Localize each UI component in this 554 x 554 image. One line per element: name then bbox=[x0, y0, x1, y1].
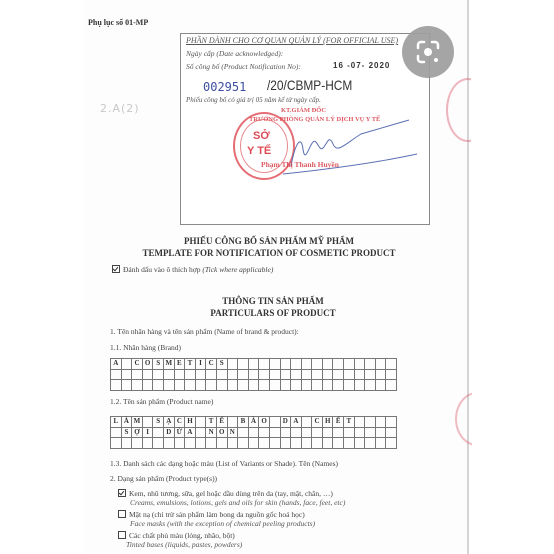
grid-cell bbox=[185, 370, 196, 381]
grid-cell bbox=[185, 380, 196, 391]
grid-cell: À bbox=[249, 417, 260, 428]
grid-cell bbox=[291, 359, 302, 370]
grid-cell bbox=[302, 428, 313, 439]
grid-cell bbox=[355, 370, 366, 381]
grid-cell bbox=[281, 428, 292, 439]
grid-cell bbox=[355, 428, 366, 439]
notification-suffix: /20/CBMP-HCM bbox=[267, 77, 352, 93]
grid-cell bbox=[333, 438, 344, 449]
grid-cell bbox=[249, 370, 260, 381]
grid-cell bbox=[238, 380, 249, 391]
grid-cell: C bbox=[175, 417, 186, 428]
grid-cell: D bbox=[164, 428, 175, 439]
grid-cell bbox=[312, 438, 323, 449]
grid-cell bbox=[386, 417, 397, 428]
grid-cell: M bbox=[132, 417, 143, 428]
grid-cell bbox=[270, 359, 281, 370]
grid-cell bbox=[228, 417, 239, 428]
adjacent-page-stamp-bottom bbox=[455, 392, 499, 446]
grid-cell bbox=[122, 438, 133, 449]
option-3-vi: Các chất phủ màu (lỏng, nhão, bột) bbox=[129, 531, 235, 540]
brand-grid: ACOSMETICS bbox=[110, 358, 397, 391]
grid-cell bbox=[111, 428, 122, 439]
q1-3-label: 1.3. Danh sách các dạng hoặc màu (List o… bbox=[110, 459, 338, 468]
grid-cell bbox=[365, 417, 376, 428]
grid-cell bbox=[164, 370, 175, 381]
grid-cell bbox=[238, 438, 249, 449]
grid-cell bbox=[217, 438, 228, 449]
grid-cell bbox=[132, 370, 143, 381]
grid-cell bbox=[206, 438, 217, 449]
grid-cell bbox=[122, 380, 133, 391]
grid-cell bbox=[344, 380, 355, 391]
grid-cell bbox=[323, 428, 334, 439]
q1-1-label: 1.1. Nhãn hàng (Brand) bbox=[110, 343, 181, 352]
grid-cell bbox=[196, 417, 207, 428]
grid-cell bbox=[386, 380, 397, 391]
grid-cell bbox=[386, 428, 397, 439]
grid-cell bbox=[196, 438, 207, 449]
grid-cell: O bbox=[143, 359, 154, 370]
grid-cell bbox=[175, 370, 186, 381]
grid-cell: E bbox=[175, 359, 186, 370]
grid-cell bbox=[143, 380, 154, 391]
option-2-vi: Mặt nạ (chỉ trừ sản phẩm làm bong da ngu… bbox=[129, 510, 305, 519]
grid-cell bbox=[122, 370, 133, 381]
grid-cell bbox=[323, 359, 334, 370]
signer-name: Phạm Thị Thanh Huyền bbox=[261, 160, 339, 169]
grid-cell: A bbox=[185, 428, 196, 439]
grid-cell bbox=[259, 380, 270, 391]
grid-cell: A bbox=[111, 359, 122, 370]
grid-cell bbox=[270, 428, 281, 439]
grid-cell: D bbox=[281, 417, 292, 428]
grid-cell bbox=[344, 359, 355, 370]
grid-cell bbox=[228, 359, 239, 370]
grid-cell: Ợ bbox=[132, 428, 143, 439]
grid-cell bbox=[196, 380, 207, 391]
grid-cell: S bbox=[122, 428, 133, 439]
product-type-option-2[interactable]: Mặt nạ (chỉ trừ sản phẩm làm bong da ngu… bbox=[118, 510, 315, 528]
grid-cell bbox=[143, 438, 154, 449]
signature-scribble bbox=[221, 104, 421, 194]
grid-cell: T bbox=[185, 359, 196, 370]
grid-cell bbox=[355, 417, 366, 428]
grid-cell: H bbox=[323, 417, 334, 428]
grid-cell: T bbox=[344, 417, 355, 428]
q1-label: 1. Tên nhãn hàng và tên sản phẩm (Name o… bbox=[110, 327, 299, 336]
grid-cell bbox=[185, 438, 196, 449]
grid-cell bbox=[333, 428, 344, 439]
grid-cell bbox=[259, 428, 270, 439]
grid-cell bbox=[111, 380, 122, 391]
grid-cell bbox=[323, 380, 334, 391]
grid-cell bbox=[302, 417, 313, 428]
grid-cell: Ế bbox=[333, 417, 344, 428]
grid-cell bbox=[153, 438, 164, 449]
grid-cell bbox=[365, 428, 376, 439]
grid-cell bbox=[344, 428, 355, 439]
grid-cell bbox=[302, 380, 313, 391]
grid-cell bbox=[281, 370, 292, 381]
grid-cell bbox=[365, 370, 376, 381]
grid-cell bbox=[175, 380, 186, 391]
grid-cell bbox=[132, 380, 143, 391]
grid-cell bbox=[333, 370, 344, 381]
grid-cell bbox=[270, 438, 281, 449]
grid-cell bbox=[312, 370, 323, 381]
checkbox-tinted-bases[interactable] bbox=[118, 531, 126, 539]
grid-cell bbox=[312, 428, 323, 439]
grid-cell: S bbox=[153, 359, 164, 370]
tick-note-en: (Tick where applicable) bbox=[202, 265, 273, 274]
grid-cell bbox=[270, 370, 281, 381]
option-3-en: Tinted bases (liquids, pastes, powders) bbox=[118, 540, 242, 549]
grid-cell bbox=[365, 359, 376, 370]
grid-cell: À bbox=[122, 417, 133, 428]
grid-cell bbox=[238, 359, 249, 370]
grid-cell bbox=[249, 380, 260, 391]
grid-cell bbox=[111, 438, 122, 449]
grid-cell bbox=[281, 438, 292, 449]
grid-cell bbox=[249, 438, 260, 449]
tick-note: Đánh dấu vào ô thích hợp (Tick where app… bbox=[112, 265, 273, 274]
grid-cell: Ế bbox=[217, 417, 228, 428]
grid-cell bbox=[217, 370, 228, 381]
grid-cell bbox=[153, 428, 164, 439]
grid-cell: C bbox=[132, 359, 143, 370]
appendix-label: Phụ lục số 01-MP bbox=[88, 18, 148, 27]
grid-cell bbox=[333, 380, 344, 391]
grid-cell: A bbox=[291, 417, 302, 428]
product-name-grid: LÀMSẠCHTẾBÀODACHẾTSỢIDỪANON bbox=[110, 416, 397, 449]
grid-cell bbox=[376, 428, 387, 439]
grid-cell bbox=[355, 359, 366, 370]
grid-cell: N bbox=[206, 428, 217, 439]
grid-cell bbox=[365, 438, 376, 449]
section-title-en: PARTICULARS OF PRODUCT bbox=[0, 308, 550, 318]
grid-cell bbox=[259, 438, 270, 449]
grid-cell: Ừ bbox=[175, 428, 186, 439]
grid-cell bbox=[111, 370, 122, 381]
grid-cell: T bbox=[206, 417, 217, 428]
grid-cell bbox=[365, 380, 376, 391]
validity-note: Phiếu công bố có giá trị 05 năm kể từ ng… bbox=[186, 96, 321, 104]
grid-cell: B bbox=[238, 417, 249, 428]
grid-cell bbox=[302, 359, 313, 370]
form-title-vi: PHIẾU CÔNG BỐ SẢN PHẨM MỸ PHẨM bbox=[0, 236, 546, 246]
tick-example-checkbox bbox=[112, 265, 120, 273]
grid-cell bbox=[291, 438, 302, 449]
notification-no-label: Số công bố (Product Notification No): bbox=[186, 62, 301, 71]
adjacent-page-stamp-top bbox=[446, 78, 490, 142]
grid-cell bbox=[323, 438, 334, 449]
checkbox-creams[interactable] bbox=[118, 489, 126, 497]
grid-cell bbox=[376, 417, 387, 428]
grid-cell bbox=[238, 428, 249, 439]
grid-cell bbox=[217, 380, 228, 391]
option-2-en: Face masks (with the exception of chemic… bbox=[118, 519, 315, 528]
grid-cell bbox=[376, 370, 387, 381]
official-box-title: PHẦN DÀNH CHO CƠ QUAN QUẢN LÝ (FOR OFFIC… bbox=[186, 36, 398, 45]
product-type-option-1[interactable]: Kem, nhũ tương, sữa, gel hoặc dầu dùng t… bbox=[118, 489, 345, 507]
grid-cell bbox=[376, 380, 387, 391]
grid-cell bbox=[386, 438, 397, 449]
grid-cell bbox=[143, 417, 154, 428]
grid-cell: H bbox=[185, 417, 196, 428]
product-type-option-3[interactable]: Các chất phủ màu (lỏng, nhão, bột) Tinte… bbox=[118, 531, 242, 549]
grid-cell bbox=[281, 380, 292, 391]
grid-cell bbox=[323, 370, 334, 381]
grid-cell bbox=[386, 359, 397, 370]
grid-cell: I bbox=[196, 359, 207, 370]
grid-cell bbox=[249, 428, 260, 439]
grid-cell bbox=[153, 380, 164, 391]
grid-cell bbox=[333, 359, 344, 370]
grid-cell bbox=[175, 438, 186, 449]
grid-cell bbox=[291, 380, 302, 391]
grid-cell bbox=[143, 370, 154, 381]
grid-cell bbox=[270, 417, 281, 428]
notification-number: 002951 bbox=[203, 80, 246, 94]
grid-cell bbox=[132, 438, 143, 449]
grid-cell bbox=[206, 380, 217, 391]
grid-cell bbox=[376, 438, 387, 449]
grid-cell: O bbox=[217, 428, 228, 439]
grid-cell bbox=[238, 370, 249, 381]
grid-cell bbox=[344, 370, 355, 381]
grid-cell: C bbox=[312, 417, 323, 428]
grid-cell: M bbox=[164, 359, 175, 370]
grid-cell bbox=[196, 428, 207, 439]
grid-cell bbox=[228, 370, 239, 381]
grid-cell bbox=[153, 370, 164, 381]
official-use-box: PHẦN DÀNH CHO CƠ QUAN QUẢN LÝ (FOR OFFIC… bbox=[180, 33, 430, 225]
grid-cell: Ạ bbox=[164, 417, 175, 428]
checkbox-face-masks[interactable] bbox=[118, 510, 126, 518]
grid-cell bbox=[281, 359, 292, 370]
grid-cell: O bbox=[259, 417, 270, 428]
grid-cell: S bbox=[217, 359, 228, 370]
grid-cell: I bbox=[143, 428, 154, 439]
grid-cell bbox=[196, 370, 207, 381]
grid-cell bbox=[228, 438, 239, 449]
grid-cell bbox=[259, 359, 270, 370]
google-lens-button[interactable] bbox=[402, 26, 454, 78]
tick-note-vi: Đánh dấu vào ô thích hợp bbox=[123, 265, 201, 274]
date-value: 16 -07- 2020 bbox=[333, 61, 390, 70]
date-acknowledged-label: Ngày cấp (Date acknowledged): bbox=[186, 49, 283, 58]
grid-cell bbox=[344, 438, 355, 449]
grid-cell bbox=[164, 380, 175, 391]
grid-cell bbox=[259, 370, 270, 381]
grid-cell bbox=[302, 438, 313, 449]
grid-cell bbox=[291, 370, 302, 381]
grid-cell bbox=[355, 380, 366, 391]
grid-cell bbox=[376, 359, 387, 370]
grid-cell bbox=[291, 428, 302, 439]
grid-cell bbox=[312, 380, 323, 391]
grid-cell bbox=[164, 438, 175, 449]
grid-cell bbox=[386, 370, 397, 381]
handwritten-note: 2.A(2) bbox=[100, 102, 140, 115]
q2-label: 2. Dạng sản phẩm (Product type(s)) bbox=[110, 474, 217, 483]
grid-cell bbox=[270, 380, 281, 391]
grid-cell: C bbox=[206, 359, 217, 370]
grid-cell bbox=[206, 370, 217, 381]
option-1-en: Creams, emulsions, lotions, gels and oil… bbox=[118, 498, 345, 507]
grid-cell bbox=[312, 359, 323, 370]
option-1-vi: Kem, nhũ tương, sữa, gel hoặc dầu dùng t… bbox=[129, 489, 333, 498]
form-title-en: TEMPLATE FOR NOTIFICATION OF COSMETIC PR… bbox=[0, 248, 546, 258]
grid-cell: S bbox=[153, 417, 164, 428]
grid-cell bbox=[302, 370, 313, 381]
section-title-vi: THÔNG TIN SẢN PHẨM bbox=[0, 296, 550, 306]
q1-2-label: 1.2. Tên sản phẩm (Product name) bbox=[110, 397, 213, 406]
grid-cell bbox=[249, 359, 260, 370]
grid-cell bbox=[355, 438, 366, 449]
grid-cell: L bbox=[111, 417, 122, 428]
google-lens-icon bbox=[402, 26, 454, 78]
grid-cell bbox=[228, 380, 239, 391]
grid-cell: N bbox=[228, 428, 239, 439]
grid-cell bbox=[122, 359, 133, 370]
